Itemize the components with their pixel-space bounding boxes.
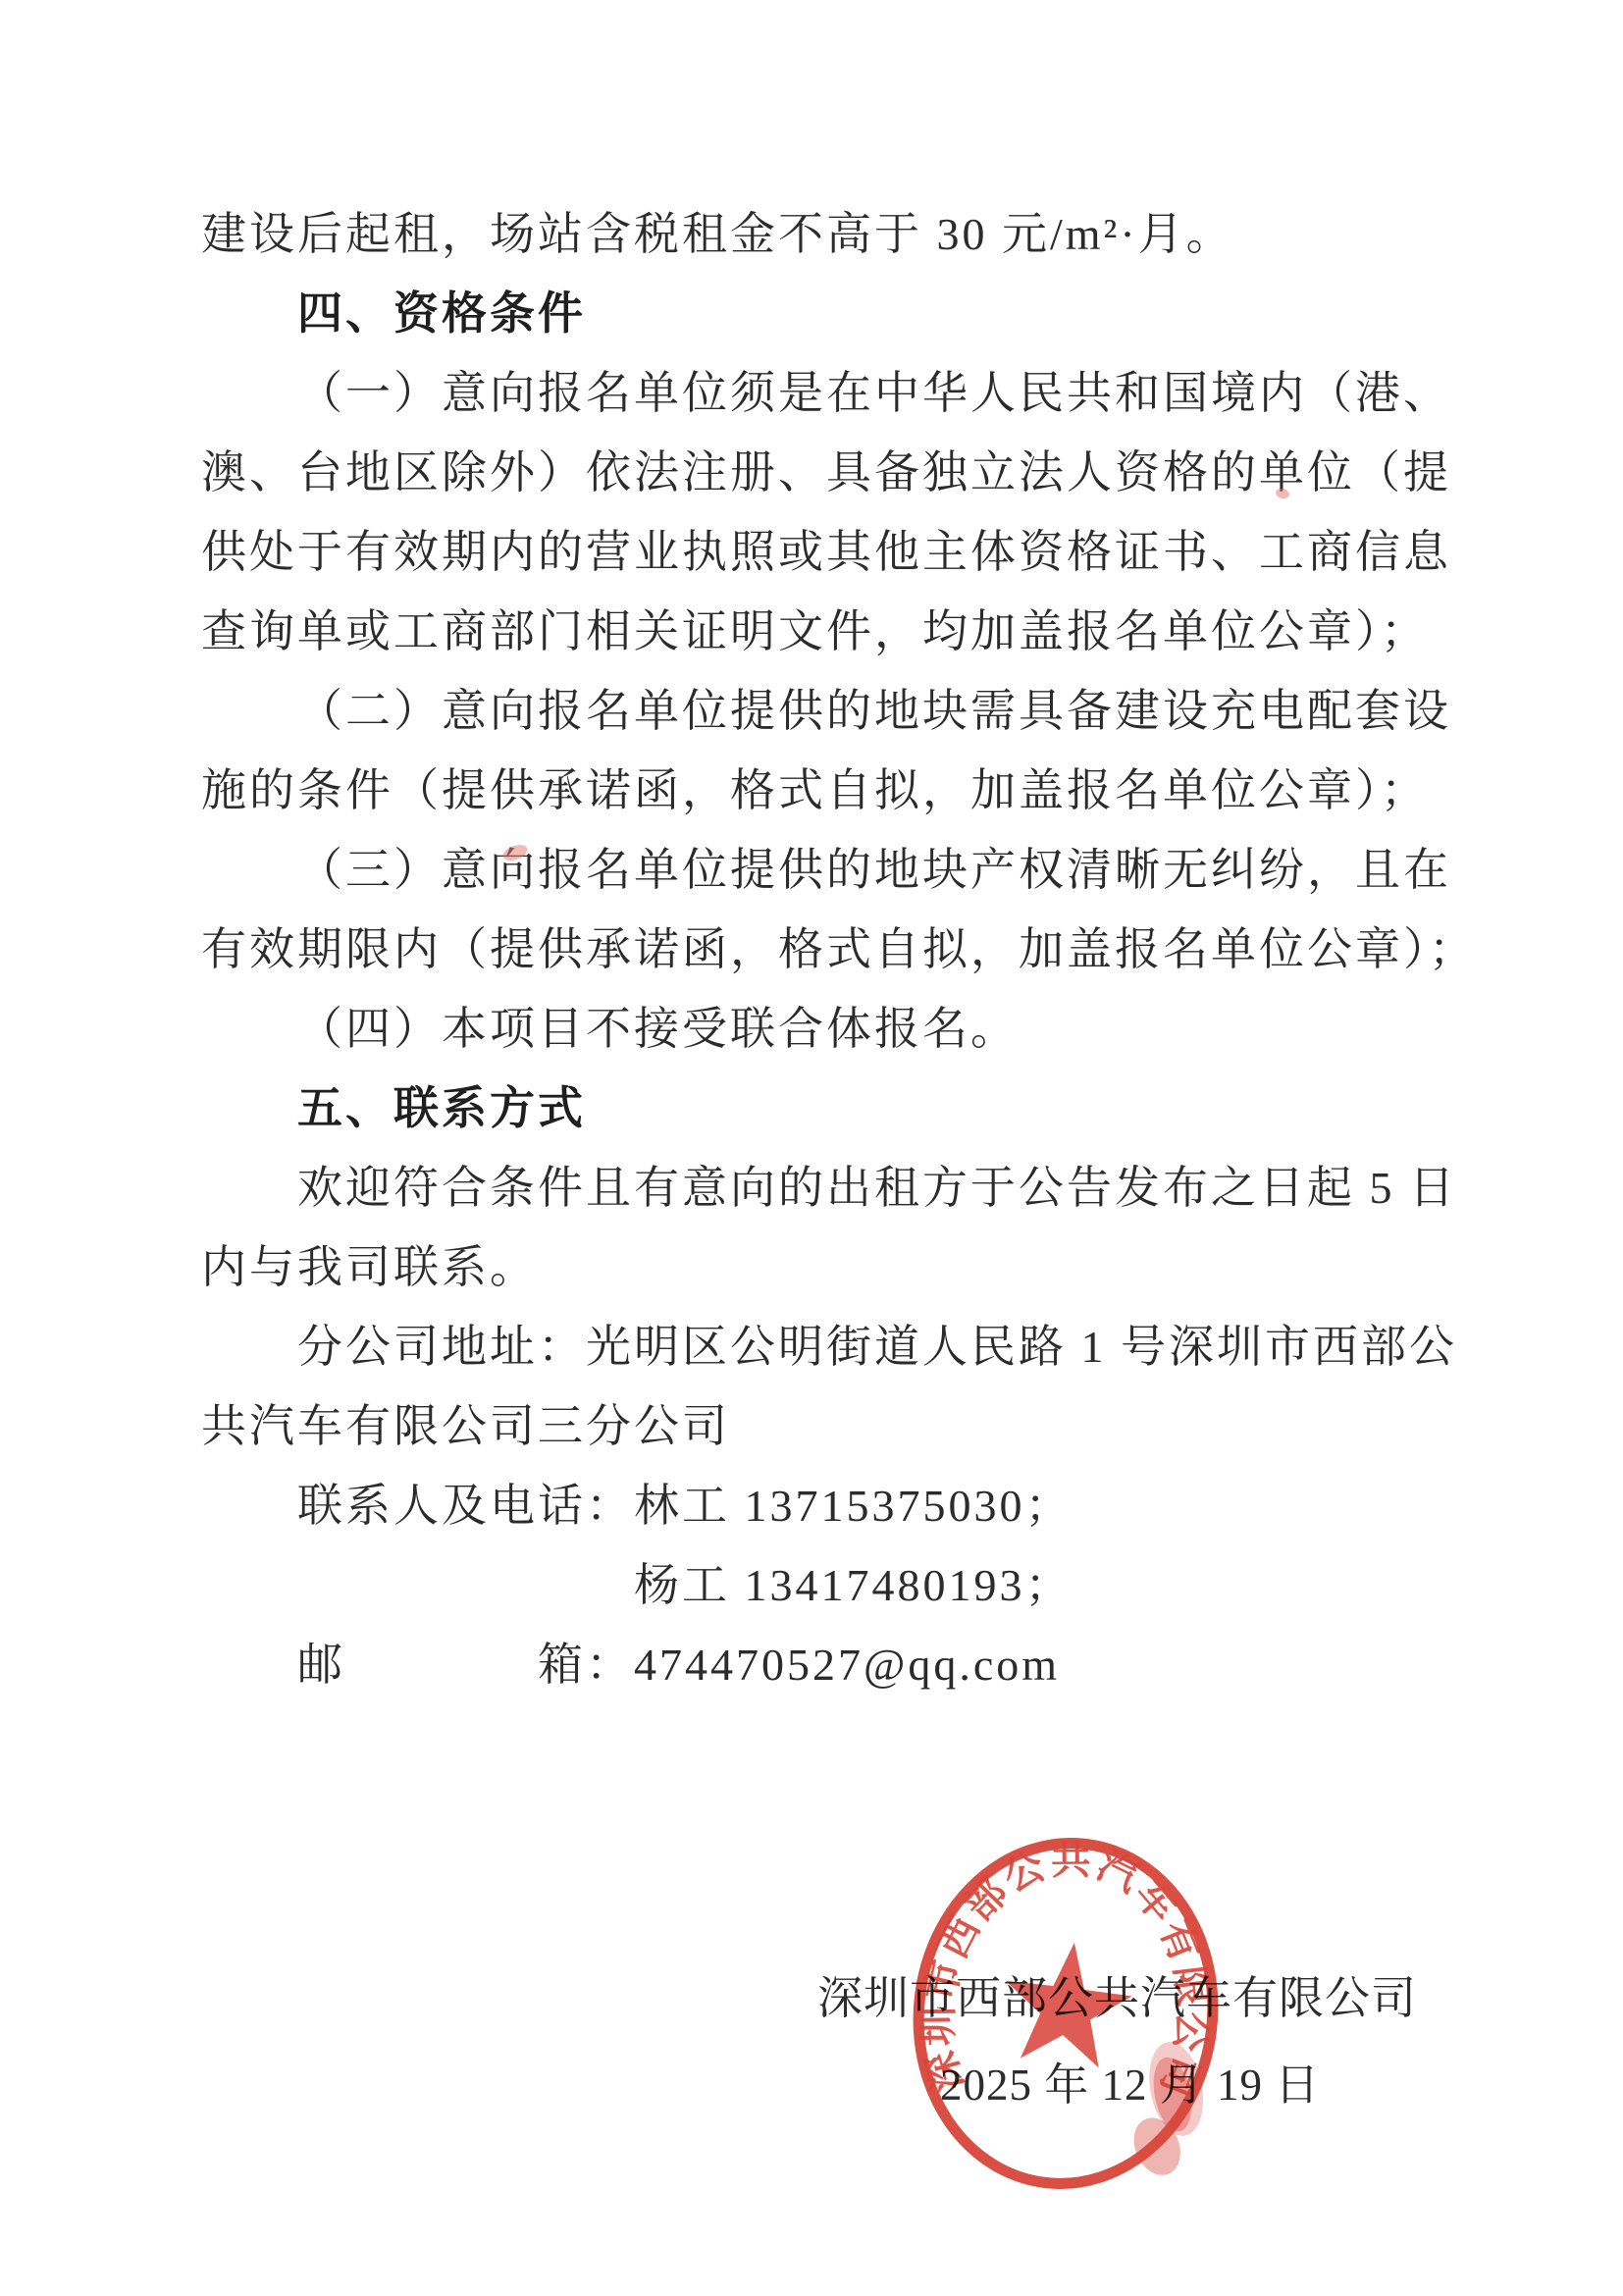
signature-block: 深圳市西部公共汽车有限公司 2025 年 12 月 19 日 [0, 0, 1623, 2296]
seal-star-icon [996, 1935, 1137, 2071]
company-seal: 深圳市西部公共汽车有限公司 [864, 1795, 1269, 2232]
document-page: 建设后起租，场站含税租金不高于 30 元/m²·月。 四、资格条件 （一）意向报… [0, 0, 1623, 2296]
